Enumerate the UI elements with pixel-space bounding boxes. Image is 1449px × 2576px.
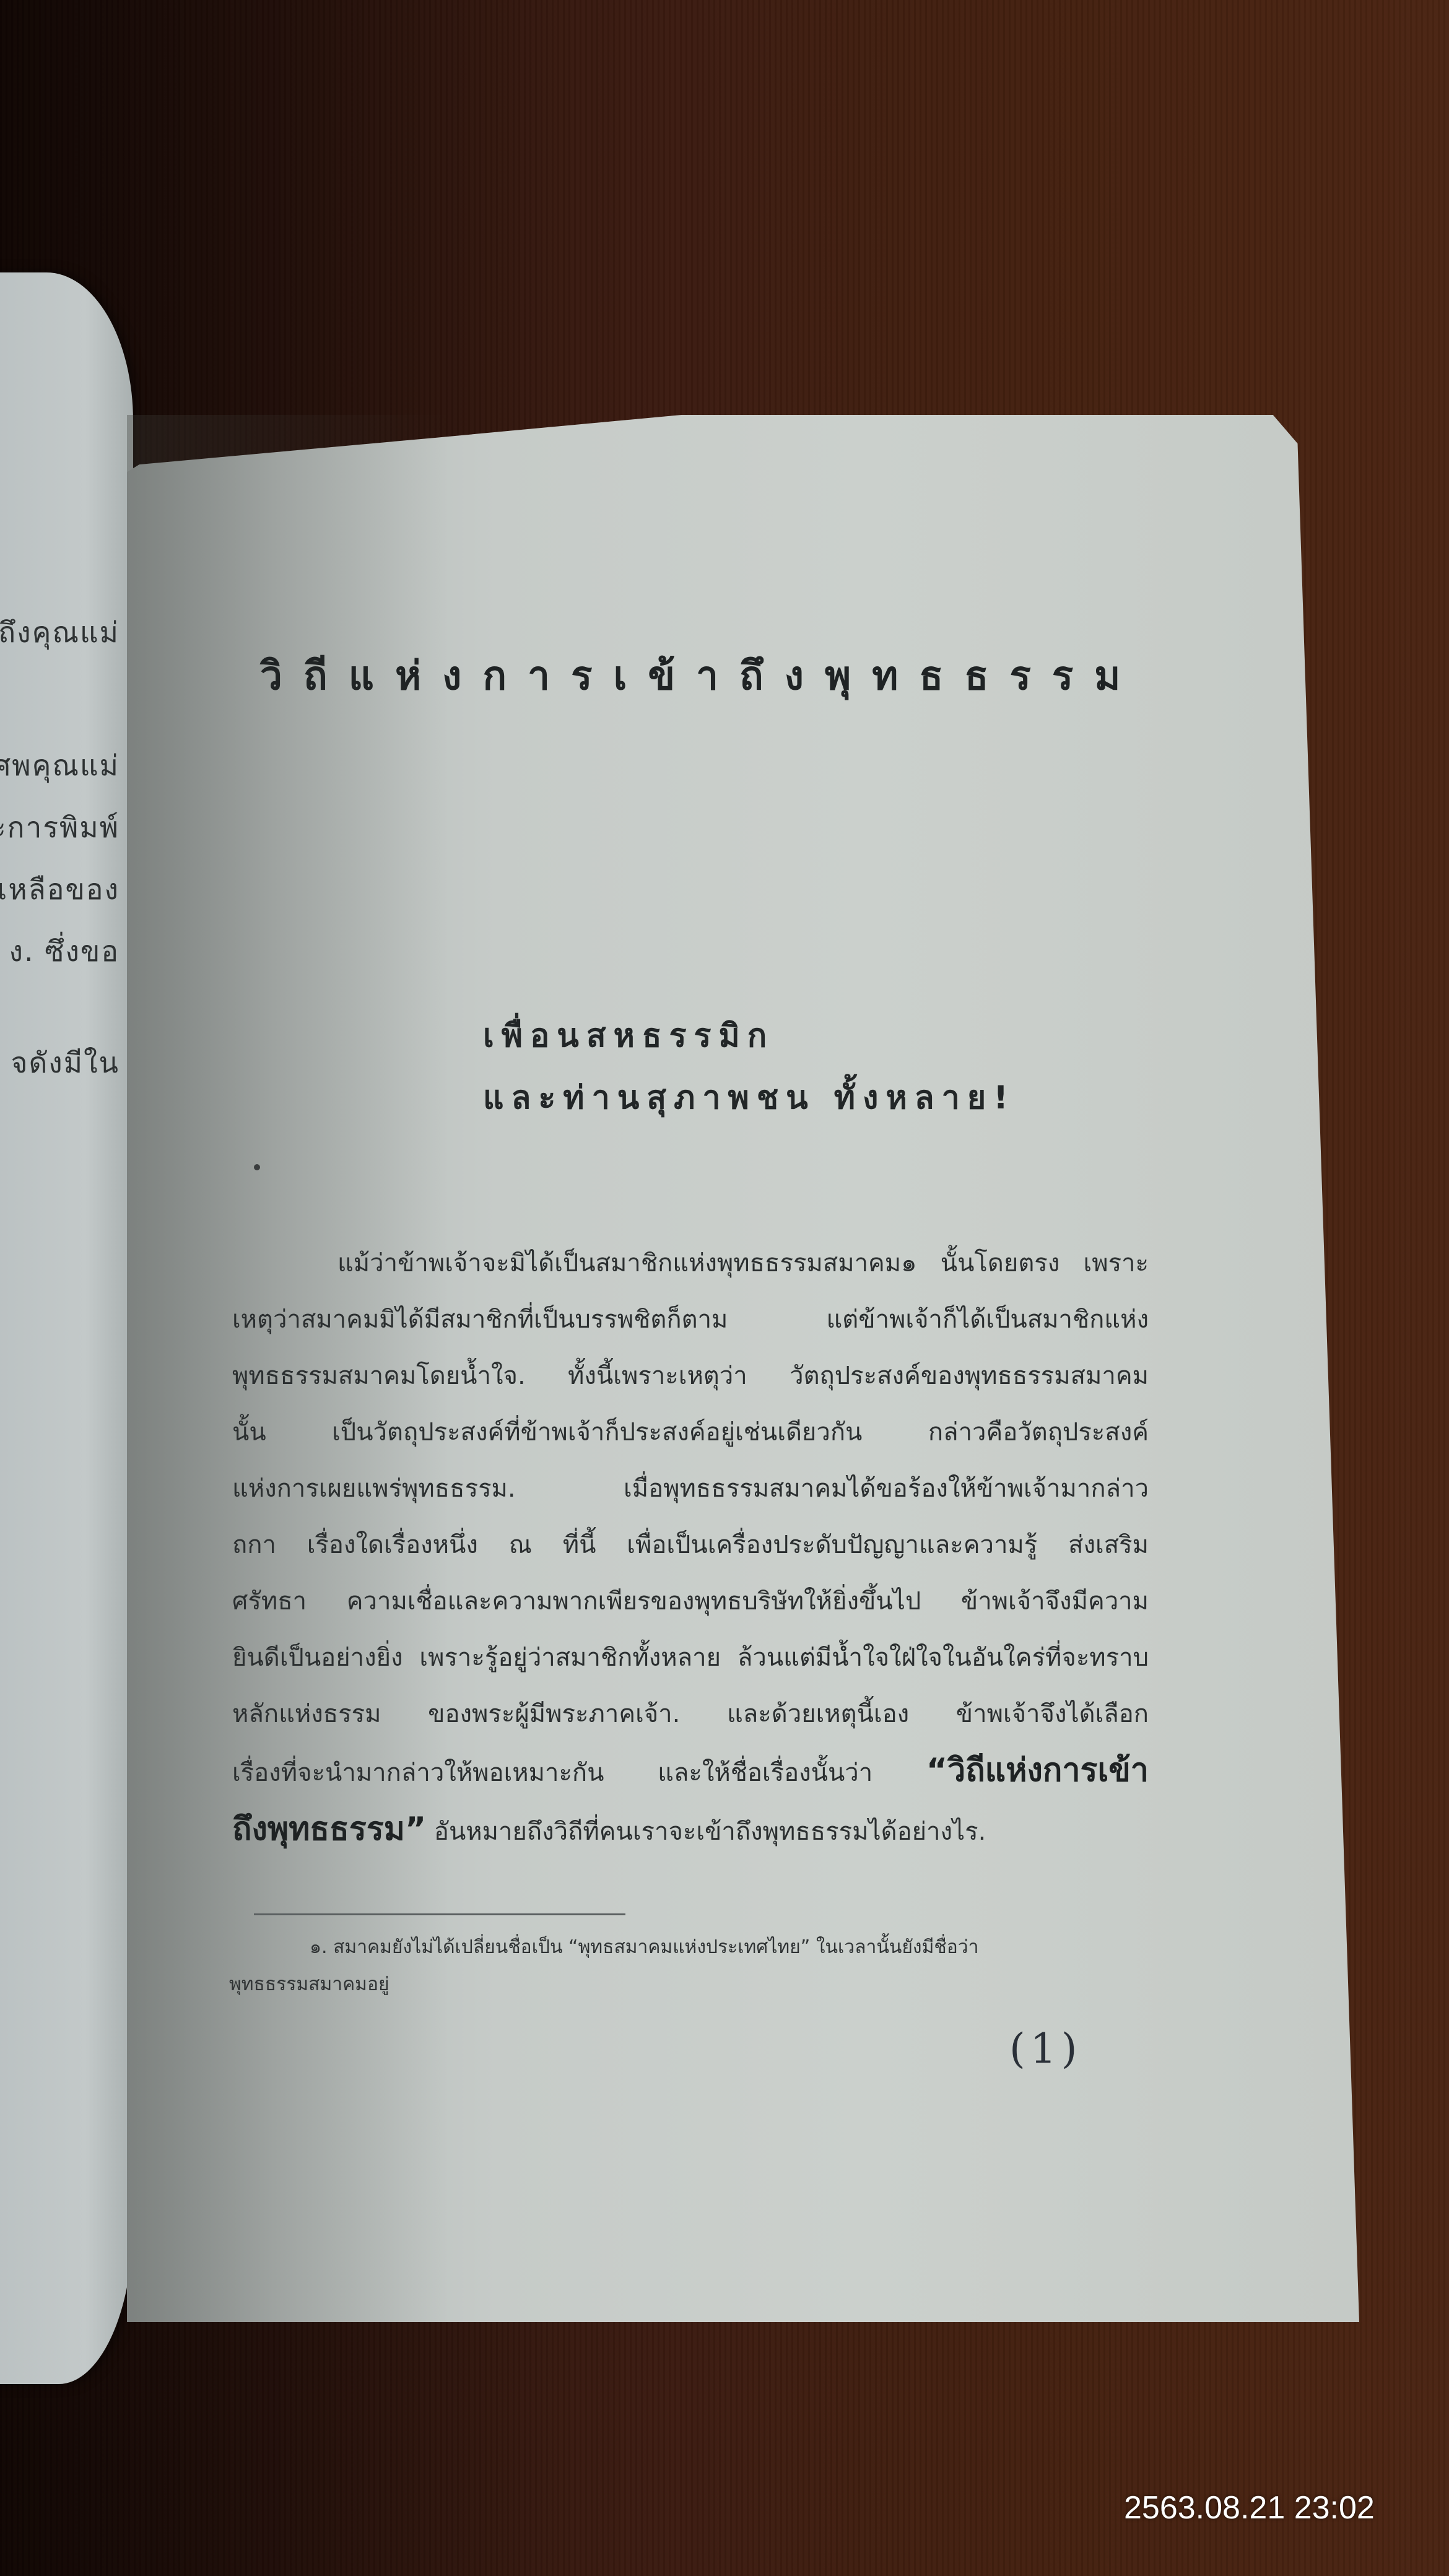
left-page-fragment: ศพคุณแม่ xyxy=(0,743,120,788)
left-page-fragment: ะการพิมพ์ xyxy=(0,805,120,850)
footnote-line: พุทธธรรมสมาคมอยู่ xyxy=(229,1966,1164,2003)
left-page-fragment: ถึงคุณแม่ xyxy=(0,610,120,655)
body-line: หลักแห่งธรรม ของพระผู้มีพระภาคเจ้า. และด… xyxy=(232,1686,1149,1743)
page-title: วิถีแห่งการเข้าถึงพุทธธรรม xyxy=(260,644,1141,707)
left-page: ถึงคุณแม่ ศพคุณแม่ ะการพิมพ์ เหลือของ ง.… xyxy=(0,272,133,2384)
ink-dot xyxy=(254,1164,260,1170)
left-page-fragment: ง. ซึ่งขอ xyxy=(9,929,120,974)
body-text: อันหมายถึงวิถีที่คนเราจะเข้าถึงพุทธธรรมไ… xyxy=(426,1817,986,1846)
greeting-line: และท่านสุภาพชน ทั้งหลาย! xyxy=(483,1071,1016,1123)
footnote: ๑. สมาคมยังไม่ได้เปลี่ยนชื่อเป็น “พุทธสม… xyxy=(229,1929,1164,2003)
left-page-fragment: เหลือของ xyxy=(0,867,120,912)
body-line: พุทธธรรมสมาคมโดยน้ำใจ. ทั้งนี้เพราะเหตุว… xyxy=(232,1348,1149,1404)
greeting-line: เพื่อนสหธรรมิก xyxy=(483,1009,774,1061)
body-line: ถกา เรื่องใดเรื่องหนึ่ง ณ ที่นี้ เพื่อเป… xyxy=(232,1517,1149,1573)
body-line: ถึงพุทธธรรม” อันหมายถึงวิถีที่คนเราจะเข้… xyxy=(232,1801,1149,1860)
body-line: ยินดีเป็นอย่างยิ่ง เพราะรู้อยู่ว่าสมาชิก… xyxy=(232,1630,1149,1686)
body-line: แห่งการเผยแพร่พุทธธรรม. เมื่อพุทธธรรมสมา… xyxy=(232,1461,1149,1517)
page-number: (1) xyxy=(1009,2025,1082,2073)
bold-title-reference: ถึงพุทธธรรม” xyxy=(232,1811,426,1848)
bold-title-reference: “วิถีแห่งการเข้า xyxy=(926,1752,1149,1789)
photo-timestamp: 2563.08.21 23:02 xyxy=(1124,2489,1375,2526)
footnote-divider xyxy=(254,1913,625,1915)
body-line: เรื่องที่จะนำมากล่าวให้พอเหมาะกัน และให้… xyxy=(232,1743,1149,1801)
body-paragraph: แม้ว่าข้าพเจ้าจะมิได้เป็นสมาชิกแห่งพุทธธ… xyxy=(232,1235,1149,1860)
footnote-line: ๑. สมาคมยังไม่ได้เปลี่ยนชื่อเป็น “พุทธสม… xyxy=(229,1929,1164,1966)
left-page-fragment: จดังมีใน xyxy=(11,1040,120,1086)
body-line: ศรัทธา ความเชื่อและความพากเพียรของพุทธบร… xyxy=(232,1573,1149,1630)
body-line: แม้ว่าข้าพเจ้าจะมิได้เป็นสมาชิกแห่งพุทธธ… xyxy=(232,1235,1149,1292)
body-line: นั้น เป็นวัตถุประสงค์ที่ข้าพเจ้าก็ประสงค… xyxy=(232,1404,1149,1461)
body-line: เหตุว่าสมาคมมิได้มีสมาชิกที่เป็นบรรพชิตก… xyxy=(232,1292,1149,1348)
body-text: เรื่องที่จะนำมากล่าวให้พอเหมาะกัน และให้… xyxy=(232,1759,926,1787)
